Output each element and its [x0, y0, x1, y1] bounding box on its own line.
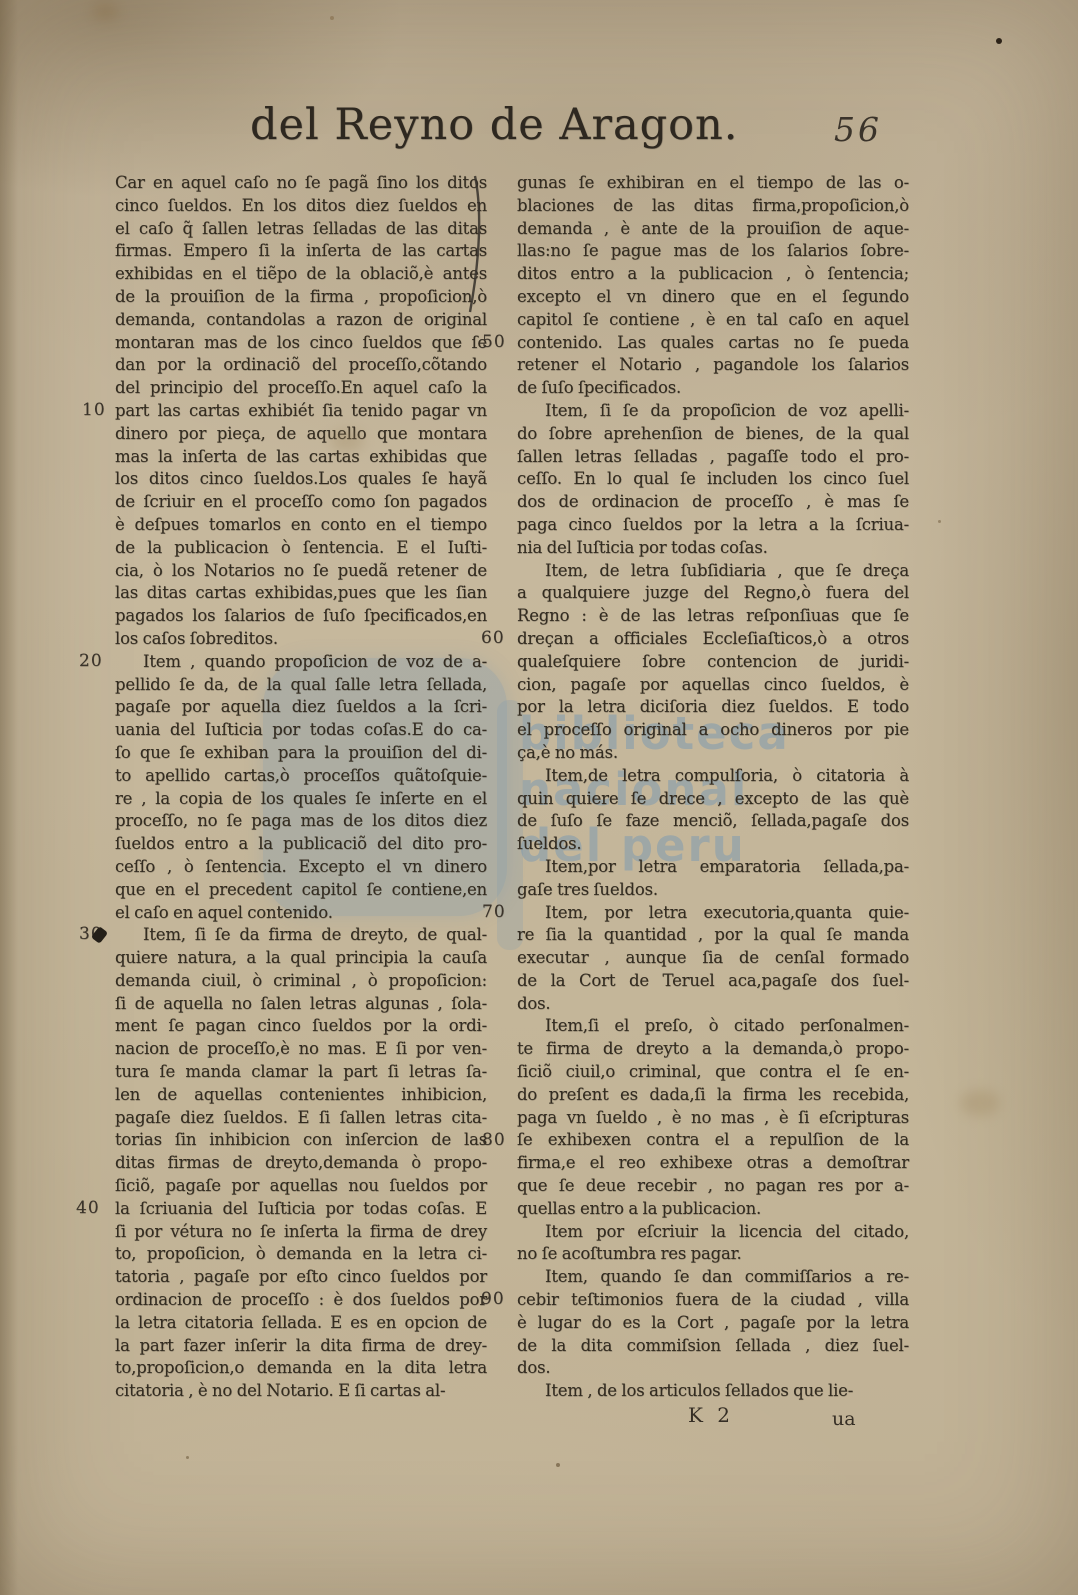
text-line: Item,por letra emparatoria ſellada,pa-: [517, 856, 909, 879]
text-line: pagados los ſalarios de ſuſo ſpecificado…: [115, 605, 487, 628]
text-line: Car en aquel caſo no ſe pagã ſino los di…: [115, 172, 487, 195]
text-line: la ſcriuania del Iuſticia por todas coſa…: [115, 1198, 487, 1221]
text-line: Item, por letra executoria,quanta quie-: [517, 902, 909, 925]
text-line: ditas firmas de dreyto,demanda ò propo-: [115, 1152, 487, 1175]
text-line: gaſe tres ſueldos.: [517, 879, 909, 902]
text-line: cion, pagaſe por aquellas cinco ſueldos,…: [517, 674, 909, 697]
text-line: dos de ordinacion de proceſſo , è mas ſe: [517, 491, 909, 514]
text-line: el caſo q̃ ſallen letras ſelladas de las…: [115, 218, 487, 241]
text-line: citatoria , è no del Notario. E ſi carta…: [115, 1380, 487, 1403]
text-line: part las cartas exhibiét ſia tenido paga…: [115, 400, 487, 423]
text-line: Item, ſi ſe da firma de dreyto, de qual-: [115, 924, 487, 947]
text-line: ſueldos entro a la publicaciõ del dito p…: [115, 833, 487, 856]
text-line: Item, quando ſe dan commiſſarios a re-: [517, 1266, 909, 1289]
text-line: paga cinco ſueldos por la letra a la ſcr…: [517, 514, 909, 537]
text-line: tatoria , pagaſe por eſto cinco ſueldos …: [115, 1266, 487, 1289]
text-line: ça,è no más.: [517, 742, 909, 765]
paragraph: gunas ſe exhibiran en el tiempo de las o…: [517, 172, 909, 400]
text-line: proceſſo, no ſe paga mas de los ditos di…: [115, 810, 487, 833]
text-line: è deſpues tomarlos en conto en el tiempo: [115, 514, 487, 537]
text-line: Item,ſi el preſo, ò citado perſonalmen-: [517, 1015, 909, 1038]
text-line: de la prouiſion de la firma , propoſicio…: [115, 286, 487, 309]
page-title: del Reyno de Aragon.: [250, 100, 710, 150]
text-line: capitol ſe contiene , è en tal caſo en a…: [517, 309, 909, 332]
text-line: do preſent es dada,ſi la firma les receb…: [517, 1084, 909, 1107]
text-line: de la Cort de Teruel aca,pagaſe dos ſuel…: [517, 970, 909, 993]
text-line: que en el precedent capitol ſe contiene,…: [115, 879, 487, 902]
text-line: ceſſo , ò ſentencia. Excepto el vn diner…: [115, 856, 487, 879]
text-line: firmas. Empero ſi la inſerta de las cart…: [115, 240, 487, 263]
line-number-70: 70: [482, 902, 516, 922]
text-line: mas la inſerta de las cartas exhibidas q…: [115, 446, 487, 469]
text-line: te firma de dreyto a la demanda,ò propo-: [517, 1038, 909, 1061]
text-line: Item, de letra ſubſidiaria , que ſe dreç…: [517, 560, 909, 583]
text-line: no ſe acoſtumbra res pagar.: [517, 1243, 909, 1266]
text-column-left: Car en aquel caſo no ſe pagã ſino los di…: [115, 172, 487, 1403]
text-line: las ditas cartas exhibidas,pues que les …: [115, 582, 487, 605]
ink-stroke: [463, 172, 489, 322]
paragraph: Item,por letra emparatoria ſellada,pa-ga…: [517, 856, 909, 902]
text-line: cinco ſueldos. En los ditos diez ſueldos…: [115, 195, 487, 218]
line-number-40: 40: [76, 1198, 110, 1218]
text-line: firma,e el reo exhibexe otras a demoſtra…: [517, 1152, 909, 1175]
text-line: dinero por pieça, de aquello que montara: [115, 423, 487, 446]
text-line: dos.: [517, 993, 909, 1016]
text-line: de ſuſo ſpecificados.: [517, 377, 909, 400]
text-line: la part fazer inſerir la dita firma de d…: [115, 1335, 487, 1358]
text-line: ſe exhibexen contra el a repulſion de la: [517, 1129, 909, 1152]
text-line: uania del Iuſticia por todas coſas.E do …: [115, 719, 487, 742]
paragraph: Item, ſi ſe da firma de dreyto, de qual-…: [115, 924, 487, 1403]
text-line: torias ſin inhibicion con inſercion de l…: [115, 1129, 487, 1152]
text-line: ſi de aquella no ſalen letras algunas , …: [115, 993, 487, 1016]
text-line: por la letra diciſoria diez ſueldos. E t…: [517, 696, 909, 719]
text-line: Item , quando propoſicion de voz de a-: [115, 651, 487, 674]
text-line: ſo que ſe exhiban para la prouiſion del …: [115, 742, 487, 765]
text-line: nacion de proceſſo,è no mas. E ſi por ve…: [115, 1038, 487, 1061]
line-number-20: 20: [79, 651, 113, 671]
text-line: ceſſo. En lo qual ſe includen los cinco …: [517, 468, 909, 491]
folio-number: 56: [834, 110, 882, 149]
text-line: pagaſe por aquella diez ſueldos a la ſcr…: [115, 696, 487, 719]
text-line: to apellido cartas,ò proceſſos quãtoſqui…: [115, 765, 487, 788]
text-line: dos.: [517, 1357, 909, 1380]
text-line: ordinacion de proceſſo : è dos ſueldos p…: [115, 1289, 487, 1312]
text-line: Regno : è de las letras reſponſiuas que …: [517, 605, 909, 628]
text-line: Item,de letra compulſoria, ò citatoria à: [517, 765, 909, 788]
text-line: Item , de los articulos ſellados que lie…: [517, 1380, 909, 1403]
text-line: a qualquiere juzge del Regno,ò fuera del: [517, 582, 909, 605]
text-line: quin quiere ſe drece , excepto de las qu…: [517, 788, 909, 811]
text-line: que ſe deue recebir , no pagan res por a…: [517, 1175, 909, 1198]
text-line: quiere natura, a la qual principia la ca…: [115, 947, 487, 970]
text-line: demanda ciuil, ò criminal , ò propoſicio…: [115, 970, 487, 993]
text-line: tura ſe manda clamar la part ſi letras ſ…: [115, 1061, 487, 1084]
text-line: re , la copia de los quales ſe inſerte e…: [115, 788, 487, 811]
paragraph: Item,ſi el preſo, ò citado perſonalmen-t…: [517, 1015, 909, 1220]
line-number-80: 80: [482, 1130, 516, 1150]
text-line: Item, ſi ſe da propoſicion de voz apelli…: [517, 400, 909, 423]
text-line: de la publicacion ò ſentencia. E el Iuſt…: [115, 537, 487, 560]
paragraph: Item, por letra executoria,quanta quie-r…: [517, 902, 909, 1016]
text-line: el caſo en aquel contenido.: [115, 902, 487, 925]
text-line: cebir teſtimonios fuera de la ciudad , v…: [517, 1289, 909, 1312]
text-line: ſallen letras ſelladas , pagaſſe todo el…: [517, 446, 909, 469]
scanned-book-page: biblioteca nacional del peru del Reyno d…: [0, 0, 1078, 1595]
text-line: pellido ſe da, de la qual ſalle letra ſe…: [115, 674, 487, 697]
text-line: qualeſquiere ſobre contencion de juridi-: [517, 651, 909, 674]
text-line: el proceſſo original a ocho dineros por …: [517, 719, 909, 742]
text-line: gunas ſe exhibiran en el tiempo de las o…: [517, 172, 909, 195]
text-line: do ſobre aprehenſion de bienes, de la qu…: [517, 423, 909, 446]
text-line: de la dita commiſsion ſellada , diez ſue…: [517, 1335, 909, 1358]
text-column-right: gunas ſe exhibiran en el tiempo de las o…: [517, 172, 909, 1403]
text-line: retener el Notario , pagandole los ſalar…: [517, 354, 909, 377]
paragraph: Item , quando propoſicion de voz de a-pe…: [115, 651, 487, 925]
text-line: cia, ò los Notarios no ſe puedã retener …: [115, 560, 487, 583]
text-line: Item por eſcriuir la licencia del citado…: [517, 1221, 909, 1244]
text-line: è lugar do es la Cort , pagaſe por la le…: [517, 1312, 909, 1335]
text-line: re ſia la quantidad , por la qual ſe man…: [517, 924, 909, 947]
text-line: ſi por vétura no ſe inſerta la firma de …: [115, 1221, 487, 1244]
text-line: de ſuſo ſe faze menciõ, ſellada,pagaſe d…: [517, 810, 909, 833]
text-line: demanda , è ante de la prouiſion de aque…: [517, 218, 909, 241]
text-line: los ditos cinco ſueldos.Los quales ſe ha…: [115, 468, 487, 491]
signature-mark: K 2: [688, 1403, 734, 1427]
text-line: excepto el vn dinero que en el ſegundo: [517, 286, 909, 309]
paragraph: Car en aquel caſo no ſe pagã ſino los di…: [115, 172, 487, 651]
text-line: montaran mas de los cinco ſueldos que ſe: [115, 332, 487, 355]
text-line: la letra citatoria ſellada. E es en opci…: [115, 1312, 487, 1335]
text-line: len de aquellas contenientes inhibicion,: [115, 1084, 487, 1107]
text-line: quellas entro a la publicacion.: [517, 1198, 909, 1221]
line-number-50: 50: [482, 332, 516, 352]
paragraph: Item , de los articulos ſellados que lie…: [517, 1380, 909, 1403]
text-line: dan por la ordinaciõ del proceſſo,cõtand…: [115, 354, 487, 377]
text-line: to,propoſicion,o demanda en la dita letr…: [115, 1357, 487, 1380]
text-line: ment ſe pagan cinco ſueldos por la ordi-: [115, 1015, 487, 1038]
text-line: de ſcriuir en el proceſſo como ſon pagad…: [115, 491, 487, 514]
text-line: to, propoſicion, ò demanda en la letra c…: [115, 1243, 487, 1266]
text-line: pagaſe diez ſueldos. E ſi ſallen letras …: [115, 1107, 487, 1130]
catchword: ua: [832, 1408, 856, 1430]
text-line: los caſos ſobreditos.: [115, 628, 487, 651]
text-line: del principio del proceſſo.En aquel caſo…: [115, 377, 487, 400]
text-line: exhibidas en el tiẽpo de la oblaciõ,è an…: [115, 263, 487, 286]
text-line: ſiciõ, pagaſe por aquellas nou ſueldos p…: [115, 1175, 487, 1198]
text-line: llas:no ſe pague mas de los ſalarios ſob…: [517, 240, 909, 263]
text-line: ditos entro a la publicacion , ò ſentenc…: [517, 263, 909, 286]
paragraph: Item, ſi ſe da propoſicion de voz apelli…: [517, 400, 909, 560]
text-line: demanda, contandolas a razon de original: [115, 309, 487, 332]
text-line: ſiciõ ciuil,o criminal, que contra el ſe…: [517, 1061, 909, 1084]
paragraph: Item por eſcriuir la licencia del citado…: [517, 1221, 909, 1267]
text-line: contenido. Las quales cartas no ſe pueda: [517, 332, 909, 355]
text-line: executar , aunque ſia de cenſal formado: [517, 947, 909, 970]
paragraph: Item, de letra ſubſidiaria , que ſe dreç…: [517, 560, 909, 765]
text-line: ſueldos.: [517, 833, 909, 856]
line-number-10: 10: [82, 400, 116, 420]
paragraph: Item, quando ſe dan commiſſarios a re-ce…: [517, 1266, 909, 1380]
text-line: blaciones de las ditas firma,propoſicion…: [517, 195, 909, 218]
text-line: dreçan a officiales Eccleſiaſticos,ò a o…: [517, 628, 909, 651]
text-line: nia del Iuſticia por todas coſas.: [517, 537, 909, 560]
paragraph: Item,de letra compulſoria, ò citatoria à…: [517, 765, 909, 856]
text-line: paga vn ſueldo , è no mas , è ſi eſcript…: [517, 1107, 909, 1130]
